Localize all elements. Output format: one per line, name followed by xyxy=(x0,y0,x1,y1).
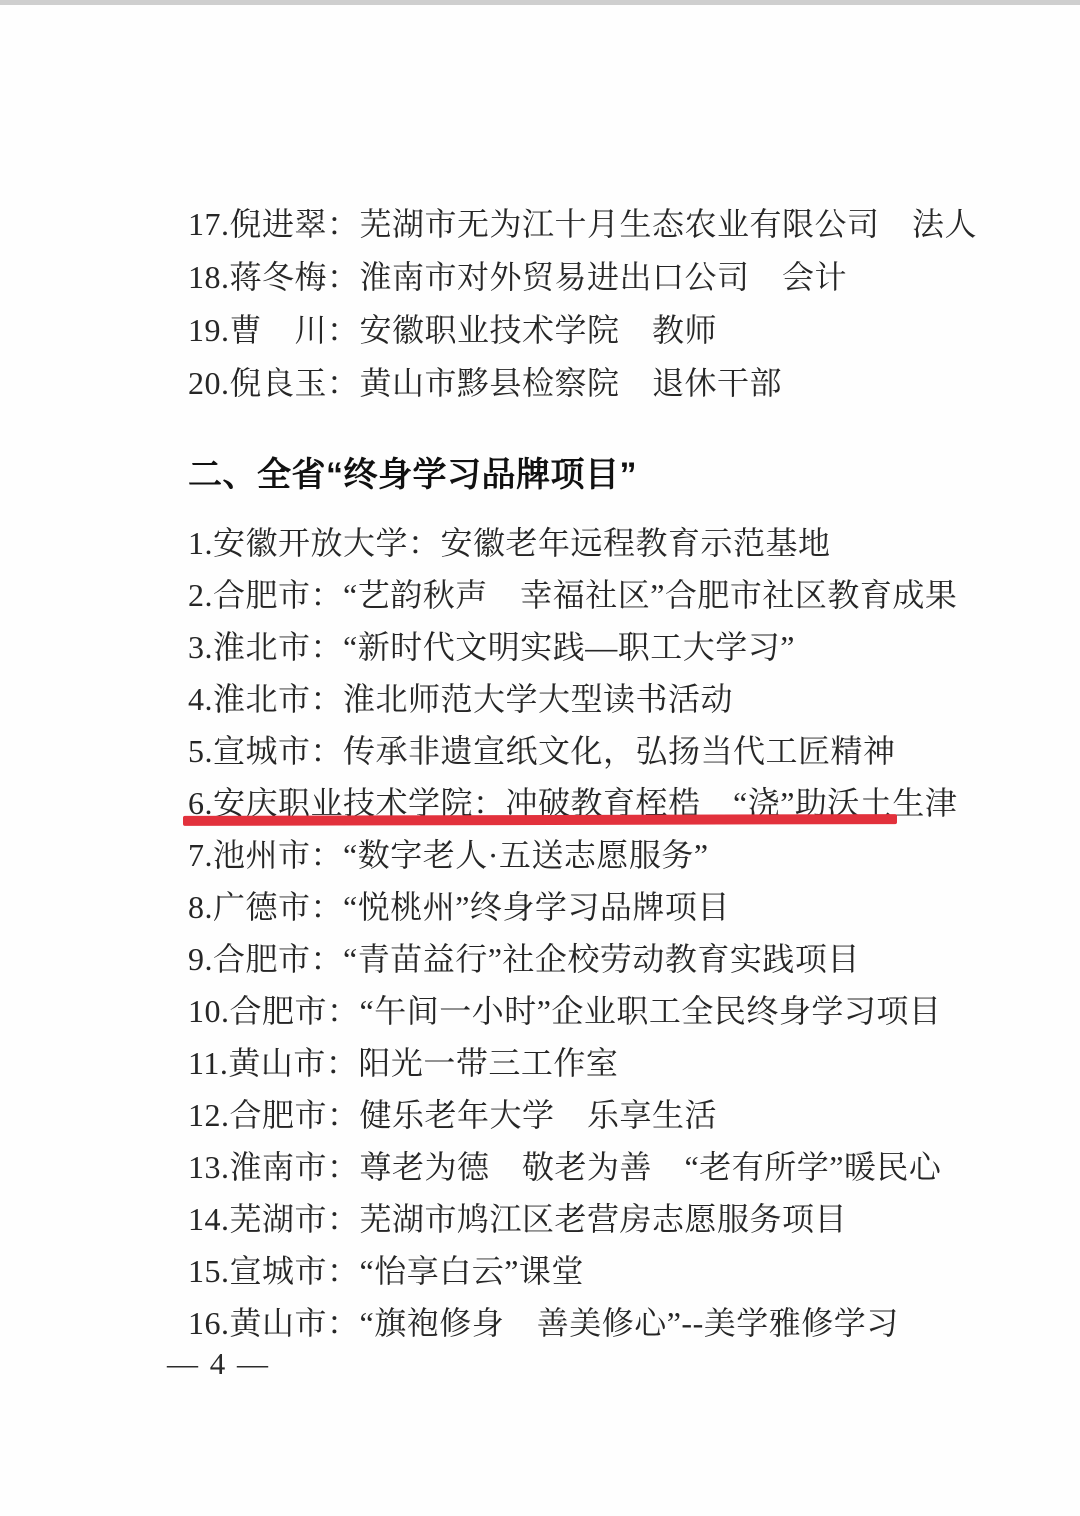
list-item: 4.淮北市：淮北师范大学大型读书活动 xyxy=(188,673,928,725)
list-item: 1.安徽开放大学：安徽老年远程教育示范基地 xyxy=(188,517,928,569)
list-item: 19.曹 川：安徽职业技术学院 教师 xyxy=(188,304,928,357)
document-page: 17.倪进翠：芜湖市无为江十月生态农业有限公司 法人 18.蒋冬梅：淮南市对外贸… xyxy=(0,0,1080,1516)
list-item: 7.池州市：“数字老人·五送志愿服务” xyxy=(188,829,928,881)
list-item: 15.宣城市：“怡享白云”课堂 xyxy=(188,1245,928,1297)
list-item: 9.合肥市：“青苗益行”社企校劳动教育实践项目 xyxy=(188,933,928,985)
page-number-footer: — 4 — xyxy=(167,1346,270,1382)
list-item: 17.倪进翠：芜湖市无为江十月生态农业有限公司 法人 xyxy=(188,198,928,251)
list-item: 16.黄山市：“旗袍修身 善美修心”--美学雅修学习 xyxy=(188,1297,928,1349)
list-item: 13.淮南市：尊老为德 敬老为善 “老有所学”暖民心 xyxy=(188,1141,928,1193)
list-item: 8.广德市：“悦桃州”终身学习品牌项目 xyxy=(188,881,928,933)
list-item: 3.淮北市：“新时代文明实践—职工大学习” xyxy=(188,621,928,673)
brand-project-list: 1.安徽开放大学：安徽老年远程教育示范基地 2.合肥市：“艺韵秋声 幸福社区”合… xyxy=(188,517,928,1349)
list-item: 2.合肥市：“艺韵秋声 幸福社区”合肥市社区教育成果 xyxy=(188,569,928,621)
section-heading: 二、全省“终身学习品牌项目” xyxy=(188,455,928,495)
scan-edge-strip xyxy=(0,0,1080,5)
list-item-highlighted: 6.安庆职业技术学院：冲破教育桎梏 “浇”助沃土生津 xyxy=(188,777,928,829)
page-content: 17.倪进翠：芜湖市无为江十月生态农业有限公司 法人 18.蒋冬梅：淮南市对外贸… xyxy=(188,198,928,1349)
list-item: 11.黄山市：阳光一带三工作室 xyxy=(188,1037,928,1089)
list-item: 14.芜湖市：芜湖市鸠江区老营房志愿服务项目 xyxy=(188,1193,928,1245)
list-item: 10.合肥市：“午间一小时”企业职工全民终身学习项目 xyxy=(188,985,928,1037)
list-item: 12.合肥市：健乐老年大学 乐享生活 xyxy=(188,1089,928,1141)
list-item: 5.宣城市：传承非遗宣纸文化，弘扬当代工匠精神 xyxy=(188,725,928,777)
list-item: 20.倪良玉：黄山市黟县检察院 退休干部 xyxy=(188,357,928,410)
honor-roll-list: 17.倪进翠：芜湖市无为江十月生态农业有限公司 法人 18.蒋冬梅：淮南市对外贸… xyxy=(188,198,928,410)
list-item: 18.蒋冬梅：淮南市对外贸易进出口公司 会计 xyxy=(188,251,928,304)
highlight-underline xyxy=(183,814,897,826)
